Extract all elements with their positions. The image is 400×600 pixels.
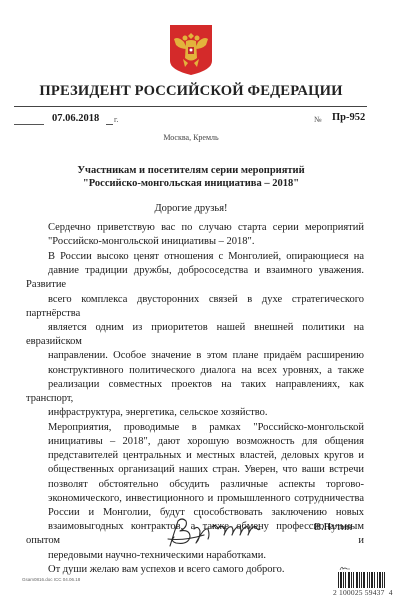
subject-line-2: "Российско-монгольская инициатива – 2018…: [0, 178, 382, 191]
salutation: Дорогие друзья!: [0, 203, 382, 214]
text-line: инфраструктура, энергетика, сельское хоз…: [26, 406, 364, 420]
barcode-icon: [338, 572, 388, 588]
text-line: экономического, инвестиционного и промыш…: [26, 492, 364, 506]
place-of-issue: Москва, Кремль: [0, 133, 382, 142]
text-line: реализации совместных проектов на таких …: [26, 378, 364, 406]
file-code: Gsam0816.doc ICC 04.06.18: [22, 577, 80, 582]
signer-name: В.Путин: [314, 522, 352, 533]
text-line: От души желаю вам успехов и всего самого…: [26, 563, 364, 577]
text-line: давние традиции дружбы, добрососедства и…: [26, 264, 364, 292]
text-line: передовыми научно-техническими наработка…: [26, 549, 364, 563]
paragraph-4: От души желаю вам успехов и всего самого…: [26, 563, 364, 577]
date-prefix-line: [14, 124, 44, 125]
text-line: общественных организаций наших стран. Ув…: [26, 463, 364, 477]
paragraph-1: Сердечно приветствую вас по случаю старт…: [26, 221, 364, 249]
text-line: представителей центральных и местных вла…: [26, 449, 364, 463]
organization-title: ПРЕЗИДЕНТ РОССИЙСКОЙ ФЕДЕРАЦИИ: [0, 83, 382, 100]
number-label: №: [314, 115, 322, 124]
text-line: Сердечно приветствую вас по случаю старт…: [26, 221, 364, 235]
initials-mark-icon: [339, 565, 351, 571]
text-line: является одним из приоритетов нашей внеш…: [26, 321, 364, 349]
text-line: В России высоко ценят отношения с Монгол…: [26, 250, 364, 264]
year-suffix: г.: [114, 115, 118, 124]
text-line: позволят обстоятельно обсудить различные…: [26, 478, 364, 492]
text-line: Мероприятия, проводимые в рамках "Россий…: [26, 421, 364, 435]
handwritten-signature-icon: [164, 513, 276, 549]
barcode-number: 2 100025 59437 4: [333, 588, 393, 597]
text-line: направлении. Особое значение в этом план…: [26, 349, 364, 363]
text-line: "Российско-монгольской инициативы – 2018…: [26, 235, 364, 249]
text-line: инициативы – 2018", дают хорошую возможн…: [26, 435, 364, 449]
paragraph-2: В России высоко ценят отношения с Монгол…: [26, 250, 364, 420]
header-divider: [14, 106, 367, 107]
subject-line-1: Участникам и посетителям серии мероприят…: [0, 165, 382, 178]
coat-of-arms-icon: [168, 23, 214, 76]
text-line: конструктивного политического диалога на…: [26, 364, 364, 378]
subject-heading: Участникам и посетителям серии мероприят…: [0, 165, 382, 190]
document-date: 07.06.2018: [52, 113, 99, 124]
document-number: Пр-952: [332, 112, 365, 123]
text-line: всего комплекса двусторонних связей в ду…: [26, 293, 364, 321]
year-blank-line: [106, 124, 113, 125]
